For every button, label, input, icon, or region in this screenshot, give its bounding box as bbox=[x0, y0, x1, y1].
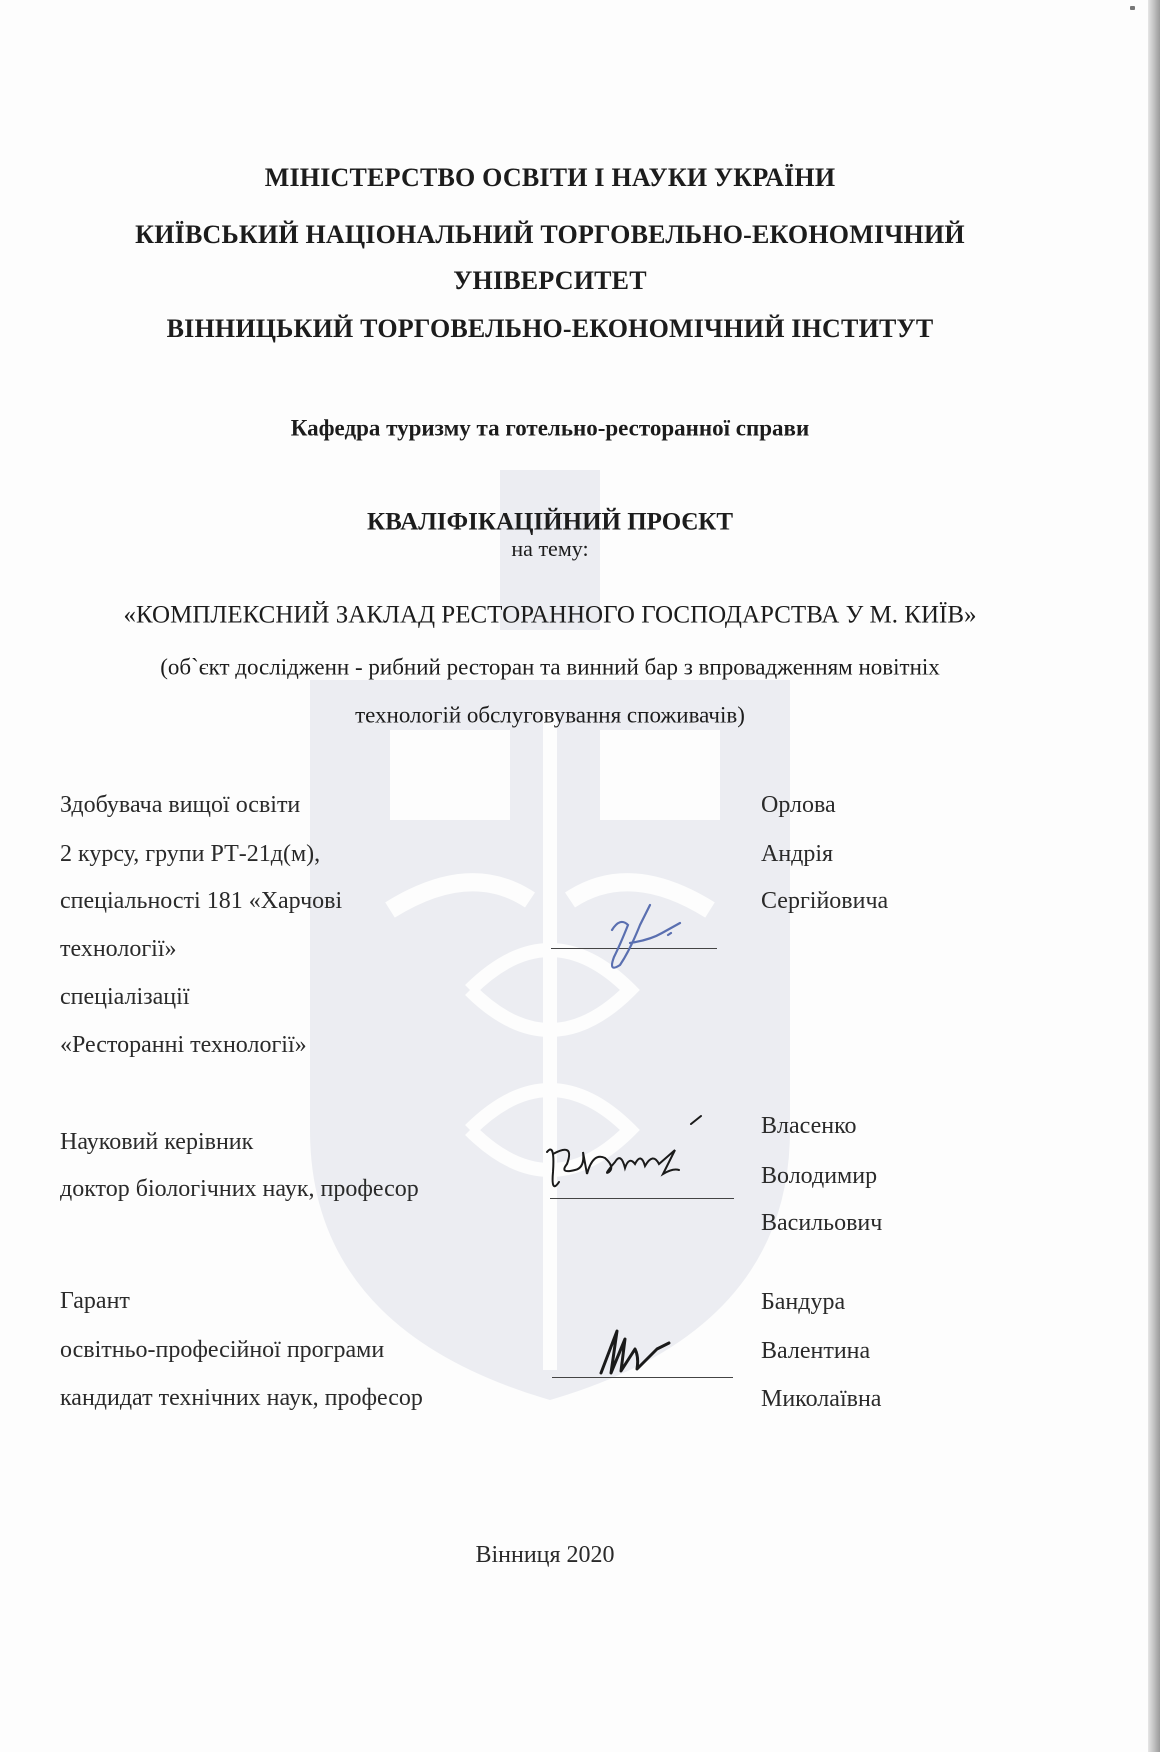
guarantor-surname: Бандура bbox=[761, 1290, 845, 1314]
scan-speck bbox=[1130, 6, 1135, 10]
guarantor-signature-icon bbox=[595, 1325, 675, 1380]
guarantor-role-line: кандидат технічних наук, професор bbox=[60, 1386, 423, 1410]
student-role-line: спеціальності 181 «Харчові bbox=[60, 889, 342, 913]
university-heading-line2: УНІВЕРСИТЕТ bbox=[0, 268, 1100, 294]
university-crest-watermark-icon bbox=[270, 430, 830, 1410]
university-heading-line1: КИЇВСЬКИЙ НАЦІОНАЛЬНИЙ ТОРГОВЕЛЬНО-ЕКОНО… bbox=[0, 222, 1100, 248]
project-type-title: КВАЛІФІКАЦІЙНИЙ ПРОЄКТ bbox=[0, 510, 1100, 535]
ministry-heading: МІНІСТЕРСТВО ОСВІТИ І НАУКИ УКРАЇНИ bbox=[0, 165, 1100, 191]
student-first-name: Андрія bbox=[761, 842, 833, 866]
department-name: Кафедра туризму та готельно-ресторанної … bbox=[0, 417, 1100, 440]
project-object-line1: (об`єкт дослідженн - рибний ресторан та … bbox=[0, 656, 1100, 679]
title-page: МІНІСТЕРСТВО ОСВІТИ І НАУКИ УКРАЇНИ КИЇВ… bbox=[0, 0, 1160, 1752]
supervisor-signature-icon bbox=[535, 1112, 735, 1202]
supervisor-first-name: Володимир bbox=[761, 1164, 877, 1188]
student-role-line: Здобувача вищої освіти bbox=[60, 793, 300, 817]
institute-heading: ВІННИЦЬКИЙ ТОРГОВЕЛЬНО-ЕКОНОМІЧНИЙ ІНСТИ… bbox=[0, 316, 1100, 342]
student-role-line: «Ресторанні технології» bbox=[60, 1033, 307, 1057]
guarantor-role-line: Гарант bbox=[60, 1289, 130, 1313]
student-patronymic: Сергійовича bbox=[761, 889, 888, 913]
student-role-line: технології» bbox=[60, 937, 177, 961]
student-role-line: спеціалізації bbox=[60, 985, 189, 1009]
student-role-line: 2 курсу, групи РТ-21д(м), bbox=[60, 842, 320, 866]
project-topic: «КОМПЛЕКСНИЙ ЗАКЛАД РЕСТОРАННОГО ГОСПОДА… bbox=[0, 603, 1100, 628]
supervisor-role-line: доктор біологічних наук, професор bbox=[60, 1177, 419, 1201]
city-year: Вінниця 2020 bbox=[0, 1543, 1090, 1567]
guarantor-patronymic: Миколаївна bbox=[761, 1387, 881, 1411]
student-surname: Орлова bbox=[761, 793, 836, 817]
guarantor-first-name: Валентина bbox=[761, 1339, 870, 1363]
project-object-line2: технологій обслуговування споживачів) bbox=[0, 704, 1100, 727]
scan-edge-shadow bbox=[1148, 0, 1160, 1752]
supervisor-surname: Власенко bbox=[761, 1114, 857, 1138]
guarantor-role-line: освітньо-професійної програми bbox=[60, 1338, 384, 1362]
student-signature-icon bbox=[590, 895, 700, 985]
supervisor-role-line: Науковий керівник bbox=[60, 1130, 253, 1154]
supervisor-patronymic: Васильович bbox=[761, 1211, 882, 1235]
topic-label: на тему: bbox=[0, 538, 1100, 560]
